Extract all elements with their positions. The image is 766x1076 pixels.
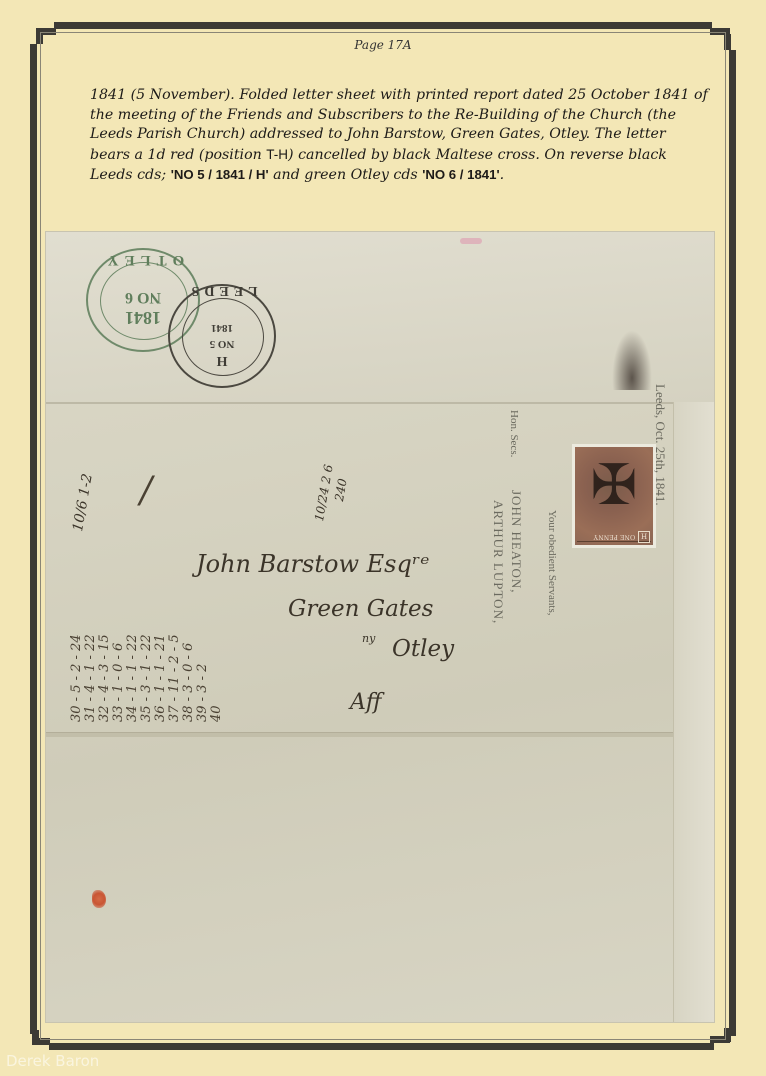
ledger-row: 34 - 1 - 1 - 22 bbox=[126, 634, 140, 722]
author-watermark: Derek Baron bbox=[6, 1052, 99, 1070]
ink-smudge bbox=[612, 330, 652, 390]
description-mid3: and green Otley cds bbox=[269, 167, 423, 183]
address-line-name: John Barstow Esqʳᵉ bbox=[196, 550, 429, 578]
ledger-row: 30 - 5 - 2 - 24 bbox=[70, 634, 84, 722]
leeds-postmark-town: LEEDS bbox=[170, 282, 274, 298]
pink-ink-mark bbox=[460, 238, 482, 244]
printed-signatory-2: ARTHUR LUPTON, bbox=[490, 500, 506, 624]
page-number: Page 17A bbox=[0, 38, 766, 52]
page-border-left bbox=[30, 44, 37, 1034]
address-prefix: ny bbox=[362, 632, 375, 645]
page-border-top bbox=[54, 22, 712, 29]
maltese-cross-cancel-icon: ✠ bbox=[579, 451, 649, 523]
ledger-row: 38 - 3 - 0 - 6 bbox=[182, 634, 196, 722]
letter-fold-line bbox=[46, 732, 714, 737]
ledger-row: 36 - 1 - 1 - 21 bbox=[154, 634, 168, 722]
ledger-row: 37 - 11 - 2 - 5 bbox=[168, 634, 182, 722]
printed-signatory-1: JOHN HEATON, bbox=[508, 490, 524, 593]
page-border-right bbox=[729, 50, 736, 1036]
plate-position: T-H bbox=[266, 147, 288, 162]
leeds-cds-text: 'NO 5 / 1841 / H' bbox=[171, 167, 269, 182]
item-description: 1841 (5 November). Folded letter sheet w… bbox=[90, 86, 710, 186]
address-paraph: Aff bbox=[350, 690, 381, 715]
leeds-postmark-code: H bbox=[170, 352, 274, 368]
address-line-street: Green Gates bbox=[288, 596, 433, 622]
printed-closing: Your obedient Servants, bbox=[546, 510, 558, 616]
ledger-row: 35 - 3 - 1 - 22 bbox=[140, 634, 154, 722]
pen-stroke: / bbox=[140, 470, 152, 511]
printed-hon-secs: Hon. Secs. bbox=[508, 410, 520, 457]
leeds-postmark-year: 1841 bbox=[170, 322, 274, 334]
ledger-calculations: 30 - 5 - 2 - 24 31 - 4 - 1 - 22 32 - 4 -… bbox=[70, 634, 224, 722]
stamp-face: ✠ ONE PENNY H bbox=[575, 447, 653, 545]
description-end: . bbox=[500, 167, 505, 183]
letter-right-edge bbox=[673, 402, 714, 1022]
printed-date-line: Leeds, Oct. 25th, 1841. bbox=[652, 384, 668, 506]
ledger-row: 31 - 4 - 1 - 22 bbox=[84, 634, 98, 722]
ledger-row: 40 bbox=[210, 634, 224, 722]
address-line-town: Otley bbox=[392, 636, 454, 662]
otley-postmark-town: OTLEY bbox=[88, 251, 198, 268]
stamp-corner-letter: H bbox=[638, 531, 650, 543]
page-border-bottom bbox=[49, 1043, 714, 1050]
ledger-row: 33 - 1 - 0 - 6 bbox=[112, 634, 126, 722]
leeds-postmark: H NO 5 1841 LEEDS bbox=[168, 284, 276, 388]
ledger-row: 32 - 4 - 3 - 15 bbox=[98, 634, 112, 722]
otley-cds-text: 'NO 6 / 1841' bbox=[422, 167, 499, 182]
ledger-row: 39 - 3 - 2 bbox=[196, 634, 210, 722]
description-meeting-name: Friends and Subscribers to the Re-Buildi… bbox=[227, 107, 643, 123]
penny-red-stamp: ✠ ONE PENNY H bbox=[572, 444, 656, 548]
leeds-postmark-date: NO 5 bbox=[170, 338, 274, 350]
red-wax-seal-remnant bbox=[92, 890, 106, 908]
